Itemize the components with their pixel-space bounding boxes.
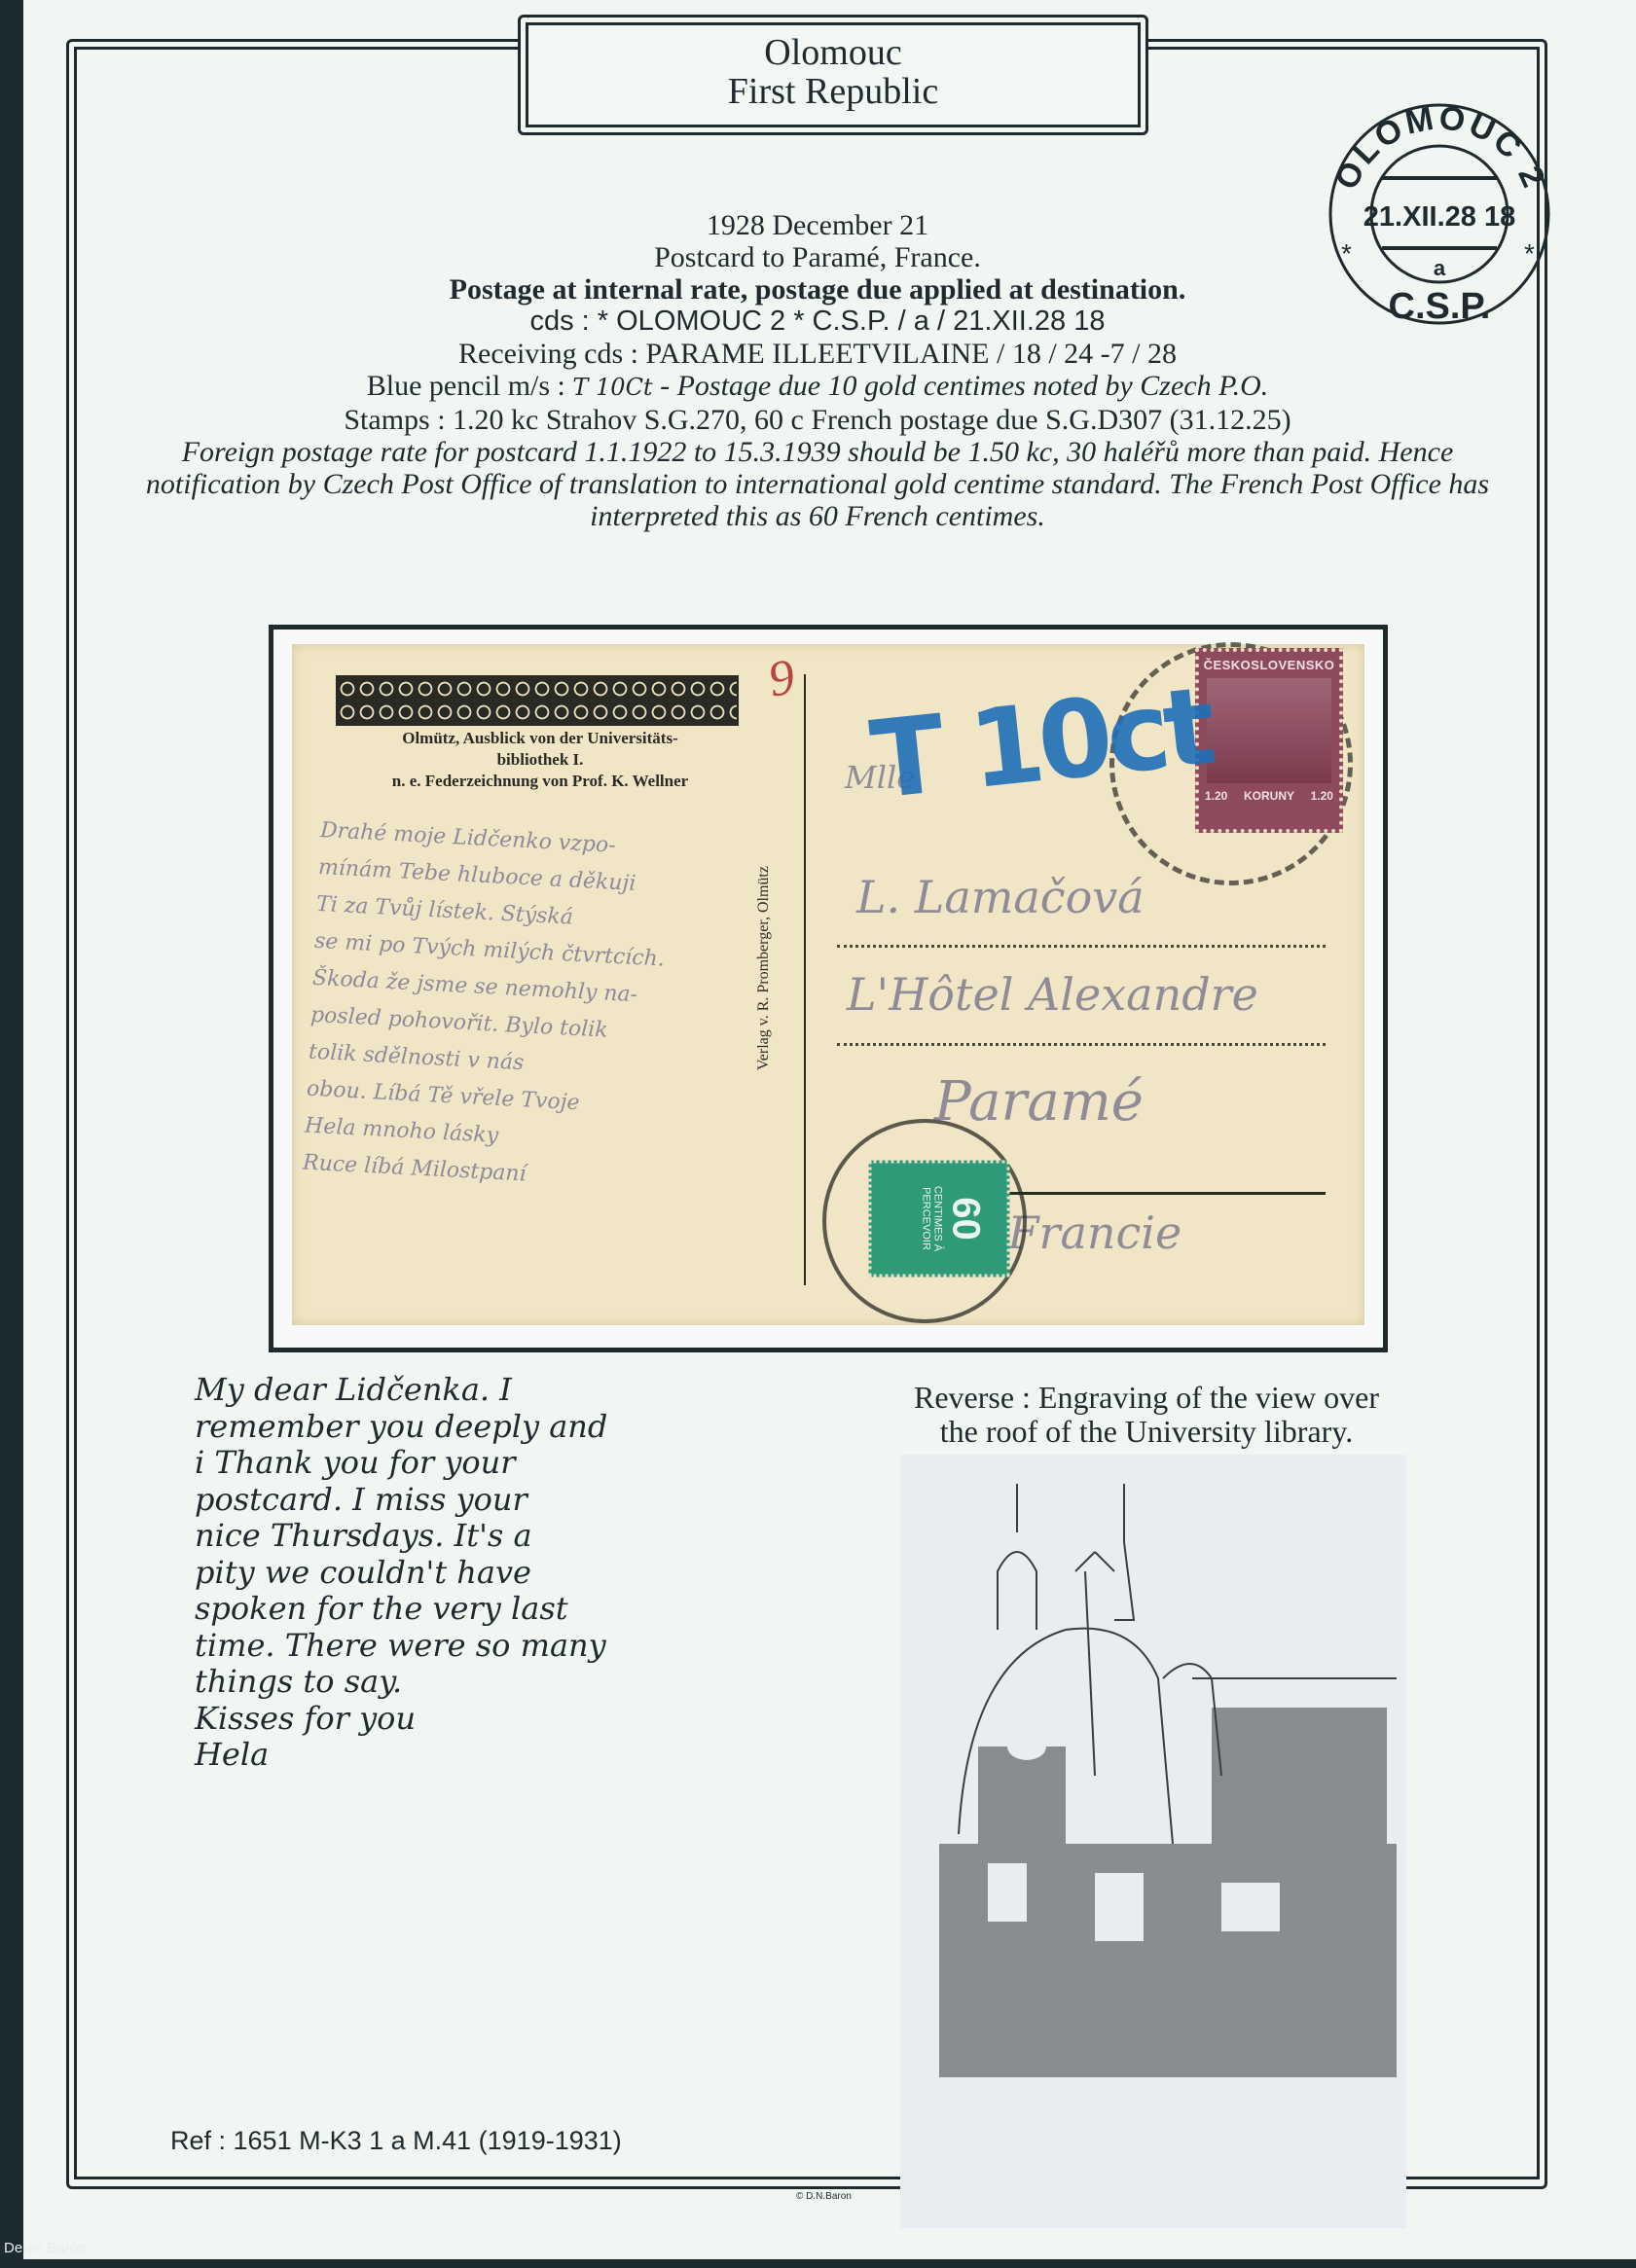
address-line	[993, 1192, 1326, 1195]
postcard-divider	[804, 674, 806, 1285]
handwritten-message: Drahé moje Lidčenko vzpo- mínám Tebe hlu…	[302, 812, 787, 1206]
scan-edge-bottom	[0, 2259, 1636, 2268]
reverse-caption: Reverse : Engraving of the view over the…	[845, 1381, 1448, 1449]
scan-edge-left	[0, 0, 23, 2268]
stamps-description: Stamps : 1.20 kc Strahov S.G.270, 60 c F…	[117, 404, 1518, 436]
message-translation: My dear Lidčenka. I remember you deeply …	[195, 1372, 701, 1774]
rate-explanation: Foreign postage rate for postcard 1.1.19…	[117, 436, 1518, 532]
svg-text:*: *	[1524, 238, 1535, 269]
copyright-notice: © D.N.Baron	[796, 2191, 852, 2202]
address-name: L. Lamačová	[856, 871, 1145, 923]
postcard-caption: Olmütz, Ausblick von der Universitäts- b…	[321, 728, 759, 792]
dispatch-cds: cds : * OLOMOUC 2 * C.S.P. / a / 21.XII.…	[117, 306, 1518, 338]
title-box: Olomouc First Republic	[526, 22, 1141, 127]
item-description: 1928 December 21 Postcard to Paramé, Fra…	[117, 209, 1518, 532]
address-line	[837, 1043, 1326, 1046]
catalogue-reference: Ref : 1651 M-K3 1 a M.41 (1919-1931)	[170, 2126, 622, 2156]
item-headline: Postage at internal rate, postage due ap…	[117, 273, 1518, 306]
blue-pencil-note: Blue pencil m/s : T 10Ct - Postage due 1…	[117, 370, 1518, 404]
receiving-cds: Receiving cds : PARAME ILLEETVILAINE / 1…	[117, 338, 1518, 370]
item-type: Postcard to Paramé, France.	[117, 241, 1518, 273]
address-line	[837, 945, 1326, 948]
watermark: Derek Baron	[4, 2240, 86, 2256]
ornamental-border	[336, 675, 739, 726]
engraving-image	[900, 1455, 1406, 2228]
french-postage-due-stamp: 60 CENTIMES À PERCEVOIR	[869, 1161, 1010, 1278]
address-hotel: L'Hôtel Alexandre	[847, 968, 1258, 1021]
page-subtitle: First Republic	[528, 72, 1138, 111]
address-town: Paramé	[934, 1070, 1144, 1134]
czech-stamp-strahov: ČESKOSLOVENSKO 1.20 KORUNY 1.20	[1195, 648, 1343, 833]
item-date: 1928 December 21	[117, 209, 1518, 241]
page-title: Olomouc	[528, 33, 1138, 72]
stamp-vignette	[1207, 678, 1331, 783]
